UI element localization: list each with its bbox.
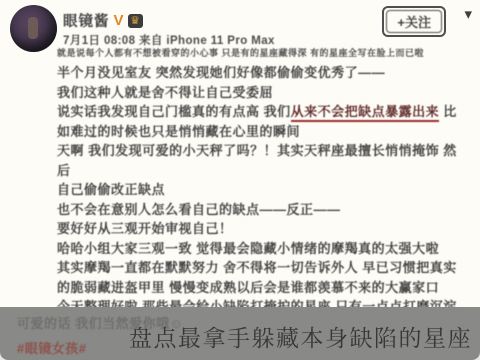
highlighted-red-text[interactable]: 从来不会把缺点暴露出来	[291, 104, 440, 122]
post-line: 哈哈小组大家三观一致 觉得最会隐藏小情绪的摩羯真的太强大啦	[57, 239, 470, 259]
post-disclaimer: 就是说每个人都有不想被看穿的小心事 只是有的星座藏得深 有的星座全写在脸上而已啦	[57, 46, 470, 59]
post-line: 说实话我发现自己门槛真的有点高 我们从来不会把缺点暴露出来 比如难过的时候也只是…	[57, 102, 470, 141]
verified-badge-icon: V	[114, 12, 124, 29]
post-line: 自己偷偷改正缺点	[57, 180, 470, 200]
post-line: 也不会在意别人怎么看自己的缺点——反正——	[57, 200, 470, 220]
title-overlay-band: 可爱的话 我们当然爱你哦☺ #眼镜女孩# 盘点最拿手躲藏本身缺陷的星座	[0, 307, 480, 360]
chevron-down-icon[interactable]: ▾	[464, 8, 472, 22]
post-line: 其实摩羯一直都在默默努力 舍不得将一切告诉外人 早已习惯把真实的脆弱藏进盔甲里 …	[57, 258, 470, 297]
hashtag-link[interactable]: #眼镜女孩#	[17, 338, 86, 357]
post-line: 半个月没见室友 突然发现她们好像都偷偷变优秀了——	[57, 63, 470, 83]
post-line: 要好好从三观开始审视自己！	[57, 219, 470, 239]
follow-button[interactable]: +关注	[382, 6, 446, 37]
weibo-post-screenshot: 眼镜酱 V ♛ 7月1日 08:08 来自 iPhone 11 Pro Max …	[0, 0, 480, 360]
avatar[interactable]	[10, 5, 57, 52]
post-line: 我们这种人就是舍不得让自己受委屈	[57, 83, 470, 103]
user-name-row: 眼镜酱 V ♛	[63, 10, 143, 31]
follow-button-label: +关注	[386, 10, 442, 33]
member-crown-icon: ♛	[128, 14, 143, 28]
username[interactable]: 眼镜酱	[63, 10, 110, 31]
post-line: 天啊 我们发现可爱的小天秤了吗？！其实天秤座最擅长悄悄掩饰 然后	[57, 141, 470, 180]
article-title: 盘点最拿手躲藏本身缺陷的星座	[129, 320, 472, 353]
post-text: 说实话我发现自己门槛真的有点高 我们	[57, 104, 291, 119]
